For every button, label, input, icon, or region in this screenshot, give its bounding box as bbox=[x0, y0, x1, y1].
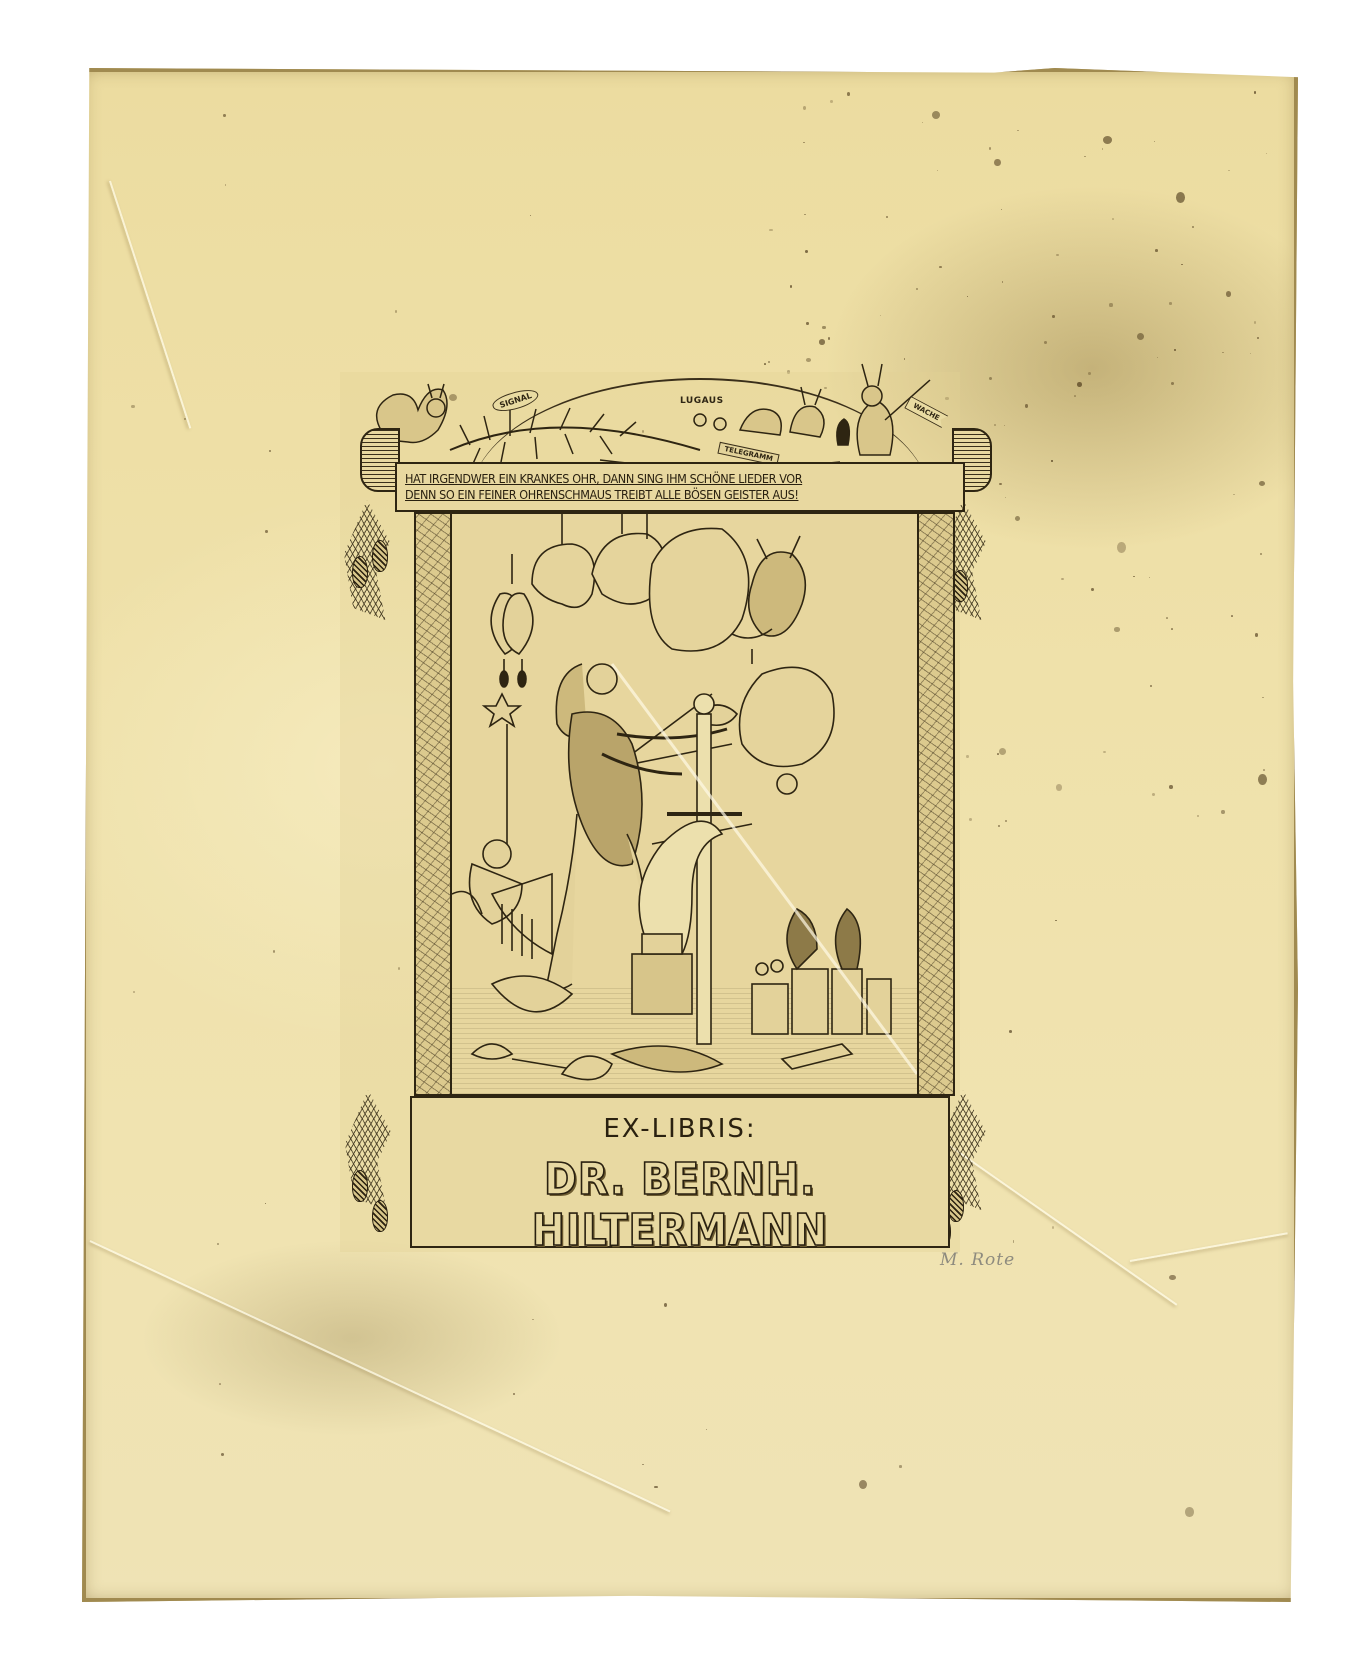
stain-speck bbox=[1155, 249, 1158, 252]
stain-speck bbox=[966, 755, 969, 759]
stain-speck bbox=[1254, 91, 1256, 93]
motto-line-2: DENN SO EIN FEINER OHRENSCHMAUS TREIBT A… bbox=[405, 487, 955, 503]
stain-speck bbox=[1109, 303, 1112, 306]
stain-speck bbox=[994, 424, 996, 426]
stain-speck bbox=[1056, 784, 1062, 790]
stain-speck bbox=[1137, 333, 1144, 340]
stain-speck bbox=[1254, 321, 1257, 324]
stain-speck bbox=[184, 418, 186, 420]
stain-speck bbox=[1169, 785, 1172, 789]
stain-speck bbox=[999, 748, 1006, 755]
stain-speck bbox=[131, 405, 134, 408]
stain-speck bbox=[989, 377, 992, 380]
stain-speck bbox=[133, 991, 135, 993]
right-pillar bbox=[917, 512, 955, 1096]
stain-speck bbox=[999, 483, 1002, 485]
pine-cone-icon bbox=[352, 556, 368, 588]
stain-speck bbox=[1055, 920, 1056, 921]
stain-speck bbox=[1149, 577, 1150, 578]
stain-speck bbox=[764, 363, 766, 365]
illustration-scene bbox=[452, 514, 917, 1094]
stain-speck bbox=[1221, 810, 1224, 814]
stain-speck bbox=[654, 1486, 657, 1488]
stain-speck bbox=[1052, 315, 1055, 318]
stain-speck bbox=[806, 322, 809, 325]
stain-speck bbox=[1114, 627, 1119, 631]
stain-speck bbox=[1009, 1030, 1012, 1033]
pine-cone-icon bbox=[948, 1190, 964, 1222]
pine-cone-icon bbox=[372, 1200, 388, 1232]
stain-speck bbox=[899, 1465, 902, 1467]
arc-label: LUGAUS bbox=[680, 396, 724, 406]
stain-speck bbox=[1228, 170, 1230, 171]
stain-speck bbox=[265, 1203, 266, 1204]
stain-speck bbox=[513, 1393, 515, 1395]
stain-speck bbox=[939, 266, 941, 268]
stain-speck bbox=[830, 100, 833, 103]
stain-speck bbox=[1258, 774, 1267, 785]
stain-speck bbox=[1257, 337, 1259, 339]
illustration-drawing bbox=[452, 514, 917, 1094]
pine-cone-icon bbox=[352, 1170, 368, 1202]
pencil-signature: M. Rote bbox=[940, 1250, 1015, 1270]
stain-speck bbox=[922, 122, 923, 123]
stain-speck bbox=[1169, 302, 1172, 304]
stain-speck bbox=[269, 450, 271, 452]
stain-speck bbox=[1025, 404, 1028, 407]
stain-speck bbox=[1185, 1507, 1193, 1517]
stain-speck bbox=[1260, 553, 1262, 555]
ex-libris-heading: EX-LIBRIS: bbox=[412, 1114, 948, 1144]
stain-speck bbox=[886, 216, 887, 217]
owner-name: DR. BERNH. HILTERMANN bbox=[412, 1154, 948, 1256]
stain-speck bbox=[642, 1464, 643, 1465]
stain-speck bbox=[1084, 156, 1085, 157]
stain-speck bbox=[1176, 192, 1185, 203]
stain-speck bbox=[265, 530, 268, 533]
left-pillar bbox=[414, 512, 452, 1096]
stain-speck bbox=[1192, 226, 1194, 229]
stain-speck bbox=[1077, 382, 1082, 386]
stain-speck bbox=[1056, 254, 1059, 257]
stain-speck bbox=[819, 339, 825, 345]
pine-cone-icon bbox=[372, 540, 388, 572]
stain-speck bbox=[221, 1453, 224, 1456]
motto-line-1: HAT IRGENDWER EIN KRANKES OHR, DANN SING… bbox=[405, 471, 955, 487]
ex-libris-box: EX-LIBRIS: DR. BERNH. HILTERMANN bbox=[410, 1096, 950, 1248]
stain-speck bbox=[1133, 576, 1135, 577]
stain-speck bbox=[1222, 352, 1224, 353]
stain-speck bbox=[904, 358, 905, 360]
stain-speck bbox=[1171, 382, 1174, 385]
stain-speck bbox=[1174, 349, 1176, 350]
banner-curl-left bbox=[360, 428, 400, 492]
motto-banner: HAT IRGENDWER EIN KRANKES OHR, DANN SING… bbox=[395, 462, 965, 512]
stain-speck bbox=[1152, 793, 1155, 796]
stain-speck bbox=[994, 159, 1000, 166]
stain-speck bbox=[225, 184, 227, 186]
stain-speck bbox=[1263, 769, 1264, 771]
stain-speck bbox=[937, 170, 938, 171]
stain-speck bbox=[805, 250, 808, 253]
stain-speck bbox=[1226, 291, 1231, 297]
stain-speck bbox=[803, 106, 806, 110]
stain-speck bbox=[967, 296, 968, 297]
stain-speck bbox=[790, 285, 792, 287]
stain-speck bbox=[223, 114, 226, 117]
stain-speck bbox=[1051, 460, 1052, 461]
